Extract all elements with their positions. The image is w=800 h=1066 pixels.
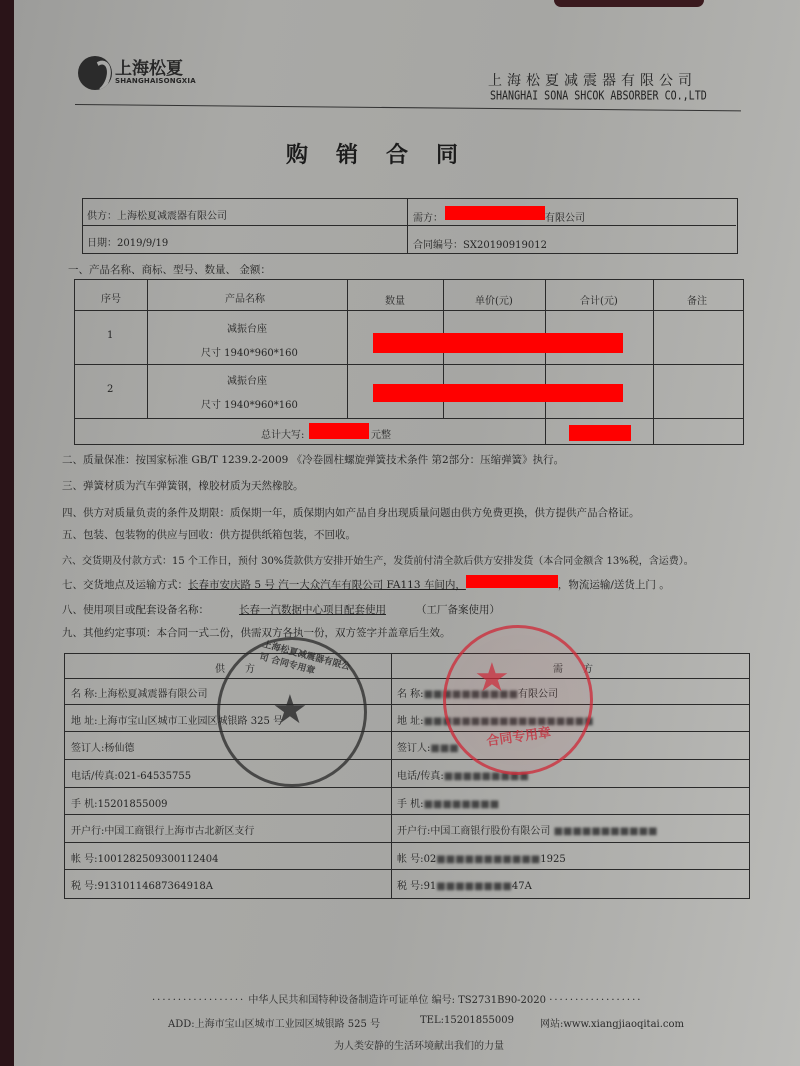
- clause-8-value: 长春一汽数据中心项目配套使用: [209, 604, 416, 616]
- footer-address: ADD:上海市宝山区城市工业园区城银路 525 号: [168, 1015, 380, 1030]
- buyer-signer-row: 签订人:■■■: [397, 739, 459, 754]
- supplier-bank-row: 开户行:中国工商银行上海市古北新区支行: [71, 822, 254, 837]
- supplier-company-seal: ★ 上海松夏减震器有限公司 合同专用章: [217, 637, 367, 787]
- clause-7: 七、交货地点及运输方式：长春市安庆路 5 号 汽一大众汽车有限公司 FA113 …: [62, 577, 670, 592]
- star-icon: ★: [474, 658, 510, 698]
- logo-cn: 上海松夏: [115, 61, 196, 78]
- th-unit-price: 单价(元): [475, 292, 513, 307]
- footer-website: 网站:www.xiangjiaoqitai.com: [540, 1015, 684, 1030]
- clause-7-address: 长春市安庆路 5 号 汽一大众汽车有限公司 FA113 车间内，: [188, 579, 466, 591]
- supplier-mobile-row: 手 机:15201855009: [71, 795, 168, 810]
- supplier-value: 上海松夏减震器有限公司: [117, 211, 227, 222]
- company-logo: 上海松夏 SHANGHAISONGXIA: [78, 56, 196, 90]
- th-name: 产品名称: [225, 290, 265, 305]
- signature-table: 供 方 需 方 名 称:上海松夏减震器有限公司 地 址:上海市宝山区城市工业园区…: [64, 653, 750, 899]
- company-name-cn: 上海松夏减震器有限公司: [488, 70, 697, 90]
- row2-name: 减振台座: [227, 372, 267, 387]
- th-no: 序号: [101, 290, 121, 305]
- logo-en: SHANGHAISONGXIA: [115, 78, 196, 85]
- total-label: 总计大写:: [261, 426, 304, 441]
- parties-table: 供方：上海松夏减震器有限公司 需方： 有限公司 日期：2019/9/19 合同编…: [82, 198, 738, 254]
- clause-9: 九、其他约定事项：本合同一式二份，供需双方各执一份，双方签字并盖章后生效。: [62, 625, 451, 640]
- footer-slogan: 为人类安静的生活环境献出我们的力量: [334, 1037, 504, 1052]
- logo-s-icon: [78, 56, 112, 90]
- redaction-total-words: [309, 423, 369, 439]
- supplier-signer-row: 签订人:杨仙德: [71, 739, 134, 754]
- footer-tel: TEL:15201855009: [420, 1015, 514, 1026]
- supplier-account-row: 帐 号:1001282509300112404: [71, 850, 218, 865]
- company-name-en: SHANGHAI SONA SHCOK ABSORBER CO.,LTD: [490, 90, 707, 104]
- clause-3: 三、弹簧材质为汽车弹簧钢，橡胶材质为天然橡胶。: [62, 478, 304, 493]
- th-qty: 数量: [385, 292, 405, 307]
- th-remark: 备注: [687, 292, 707, 307]
- supplier-name-row: 名 称:上海松夏减震器有限公司: [71, 685, 208, 700]
- buyer-account-row: 帐 号:02■■■■■■■■■■■1925: [397, 850, 566, 865]
- row2-no: 2: [107, 384, 113, 395]
- supplier-tax-row: 税 号:91310114687364918A: [71, 877, 213, 892]
- redaction-buyer-name: [445, 206, 545, 220]
- buyer-tax-row: 税 号:91■■■■■■■■47A: [397, 877, 532, 892]
- clause-5: 五、包装、包装物的供应与回收：供方提供纸箱包装，不回收。: [62, 527, 356, 542]
- contract-no-label: 合同编号：: [413, 240, 463, 251]
- th-subtotal: 合计(元): [580, 292, 618, 307]
- supplier-seal-text: 上海松夏减震器有限公司 合同专用章: [258, 637, 352, 685]
- redaction-row2-values: [373, 384, 623, 402]
- buyer-company-seal: ★ 合同专用章: [443, 625, 593, 775]
- buyer-bank-row: 开户行:中国工商银行股份有限公司 ■■■■■■■■■■■: [397, 822, 658, 837]
- clause-8-suffix: （工厂备案使用）: [416, 604, 500, 616]
- row1-no: 1: [107, 330, 113, 341]
- product-table: 序号 产品名称 数量 单价(元) 合计(元) 备注 1 减振台座 尺寸 1940…: [74, 279, 744, 445]
- buyer-label: 需方：: [413, 213, 443, 224]
- redaction-total-amount: [569, 425, 631, 441]
- footer-license: ·················· 中华人民共和国特种设备制造许可证单位 编号…: [152, 991, 642, 1006]
- clause-6: 六、交货期及付款方式：15 个工作日，预付 30%货款供方安排开始生产，发货前付…: [62, 552, 694, 567]
- document-title: 购销合同: [286, 138, 486, 169]
- contract-no-value: SX20190919012: [463, 240, 547, 251]
- clause-4: 四、供方对质量负责的条件及期限：质保期一年，质保期内如产品自身出现质量问题由供方…: [62, 505, 640, 520]
- date-label: 日期：: [87, 238, 117, 249]
- clause-7-label: 七、交货地点及运输方式：: [62, 579, 188, 591]
- section1-title: 一、产品名称、商标、型号、数量、 金额：: [68, 262, 271, 277]
- header-rule: [75, 104, 741, 111]
- buyer-suffix: 有限公司: [545, 209, 585, 224]
- row2-spec: 尺寸 1940*960*160: [201, 396, 298, 411]
- buyer-seal-text: 合同专用章: [485, 722, 552, 750]
- buyer-mobile-row: 手 机:■■■■■■■■: [397, 795, 499, 810]
- clause-8-label: 八、使用项目或配套设备名称：: [62, 604, 209, 616]
- supplier-label: 供方：: [87, 211, 117, 222]
- total-suffix: 元整: [371, 426, 391, 441]
- clause-8: 八、使用项目或配套设备名称：长春一汽数据中心项目配套使用（工厂备案使用）: [62, 602, 500, 617]
- row1-spec: 尺寸 1940*960*160: [201, 344, 298, 359]
- shadow: [554, 0, 704, 7]
- clause-2: 二、质量保准：按国家标准 GB/T 1239.2-2009 《冷卷圆柱螺旋弹簧技…: [62, 452, 564, 467]
- clause-7-suffix: ，物流运输/送货上门 。: [558, 579, 670, 591]
- row1-name: 减振台座: [227, 320, 267, 335]
- star-icon: ★: [272, 690, 308, 730]
- redaction-row1-values: [373, 333, 623, 353]
- supplier-phone-row: 电话/传真:021-64535755: [71, 767, 191, 782]
- contract-paper: 上海松夏 SHANGHAISONGXIA 上海松夏减震器有限公司 SHANGHA…: [14, 0, 800, 1066]
- date-value: 2019/9/19: [117, 238, 168, 249]
- redaction-delivery-contact: [466, 575, 558, 588]
